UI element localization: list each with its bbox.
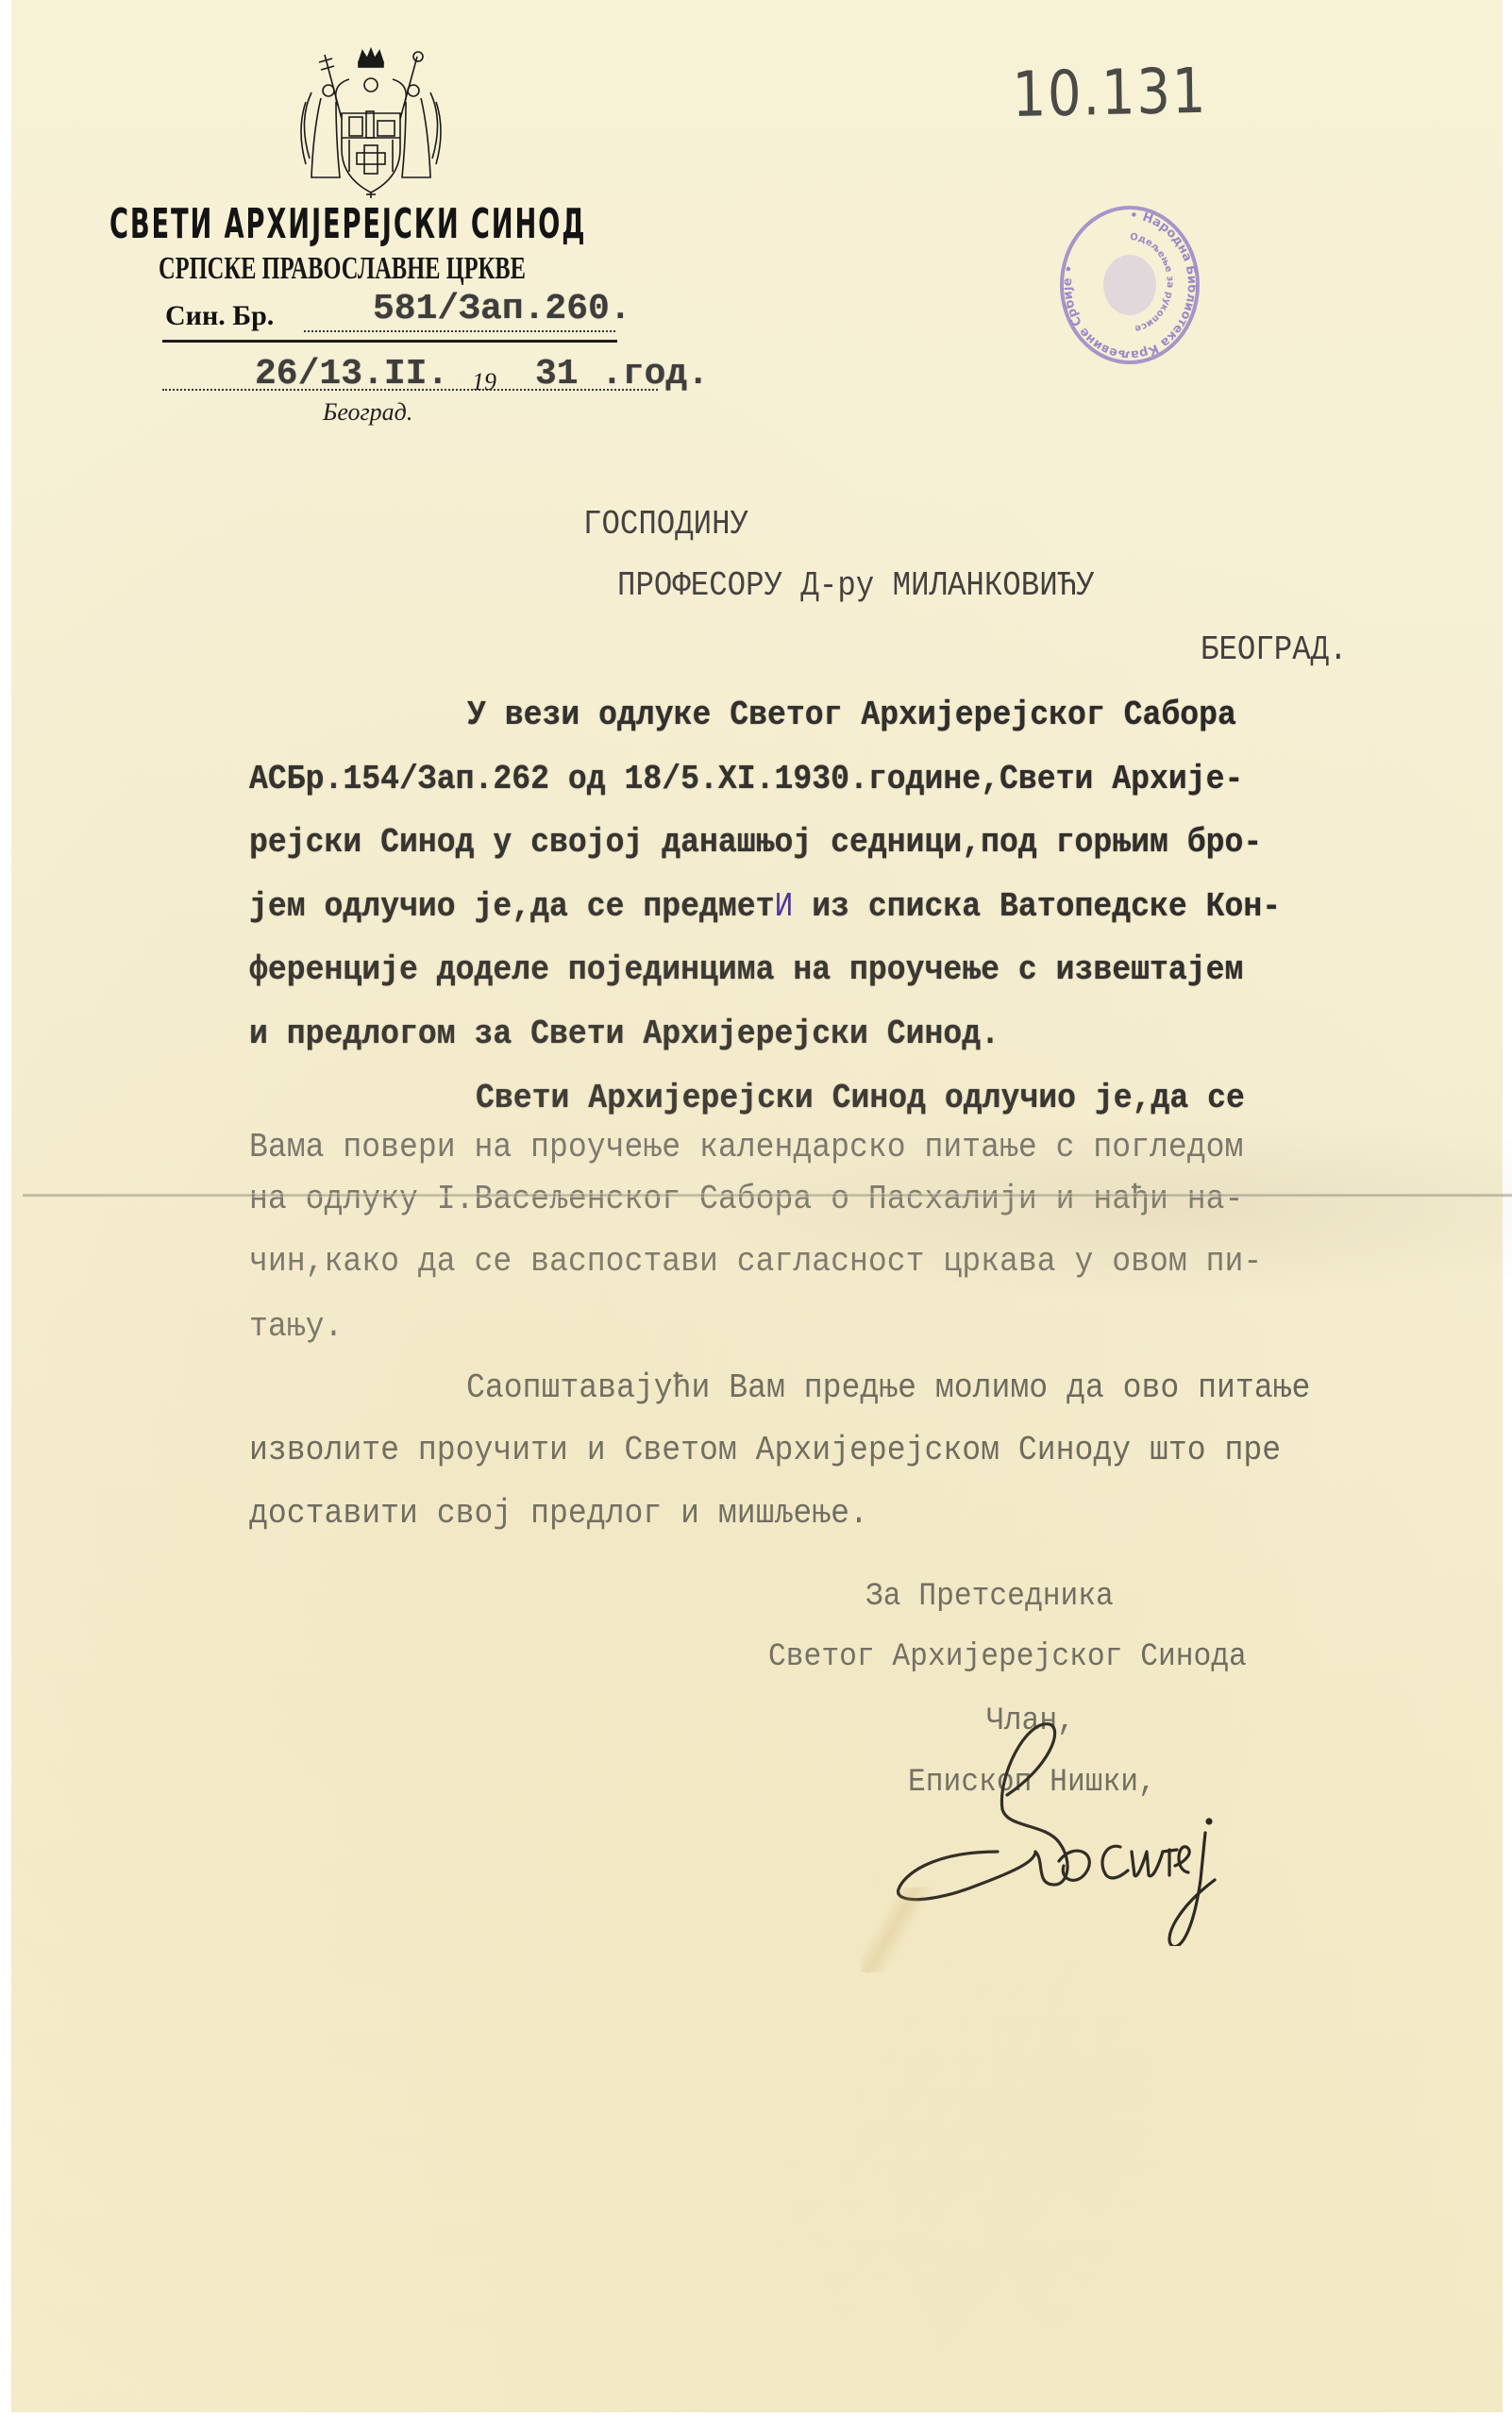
paper-stain xyxy=(861,1887,936,1972)
fold-crease xyxy=(23,1193,1512,1198)
handwritten-correction: И xyxy=(775,887,794,926)
body-p1-line4-rest: из списка Ватопедске Кон- xyxy=(793,887,1281,926)
reference-number-value: 581/Зап.260. xyxy=(373,289,631,329)
addressee-city: БЕОГРАД. xyxy=(1201,630,1348,669)
body-p1-line5: ференције доделе појединцима на проучење… xyxy=(249,950,1243,989)
body-p1-line1: У вези одлуке Светог Архијерејског Сабор… xyxy=(467,696,1236,734)
letterhead-title: СВЕТИ АРХИЈЕРЕЈСКИ СИНОД xyxy=(109,200,636,248)
year-suffix: .год. xyxy=(601,354,709,394)
body-p1-line4: јем одлучио је,да се предметИ из списка … xyxy=(249,887,1281,926)
signature-line-synod: Светог Архијерејског Синода xyxy=(768,1639,1247,1675)
body-p1-line2: АСБр.154/Зап.262 од 18/5.XI.1930.године,… xyxy=(249,760,1243,798)
body-p3-line2: изволите проучити и Светом Архијерејском… xyxy=(249,1431,1281,1469)
archive-number-handwritten: 10.131 xyxy=(1012,55,1208,131)
body-p3-line1: Саопштавајући Вам предње молимо да ово п… xyxy=(466,1368,1310,1407)
fold-shadow xyxy=(672,1114,1512,1302)
year-value: 31 xyxy=(535,354,579,394)
addressee-name: ПРОФЕСОРУ Д-ру МИЛАНКОВИЋУ xyxy=(617,566,1095,605)
letterhead-rule xyxy=(162,340,617,343)
letterhead-subtitle: СРПСКЕ ПРАВОСЛАВНЕ ЦРКВЕ xyxy=(159,251,526,287)
body-p3-line3: доставити свој предлог и мишљење. xyxy=(249,1494,868,1533)
year-prefix: 19 xyxy=(472,368,496,396)
body-p1-line6: и предлогом за Свети Архијерејски Синод. xyxy=(249,1015,1000,1053)
handwritten-signature-icon: Доситеј xyxy=(894,1720,1234,1946)
letter-sheet: СВЕТИ АРХИЈЕРЕЈСКИ СИНОД СРПСКЕ ПРАВОСЛА… xyxy=(11,0,1503,2412)
body-p1-line3: рејски Синод у својој данашњој седници,п… xyxy=(249,823,1262,862)
body-p2-line1: Свети Архијерејски Синод одлучио је,да с… xyxy=(476,1079,1245,1117)
body-p2-line5: тању. xyxy=(249,1307,343,1346)
signature-line-for-president: За Претседника xyxy=(865,1579,1114,1615)
date-value: 26/13.II. xyxy=(255,354,448,394)
reference-number-dotted-line xyxy=(304,330,615,332)
library-stamp-icon: • Народна Библиотека Краљевине Србије • … xyxy=(1057,200,1202,366)
reference-number-label: Син. Бр. xyxy=(165,300,274,332)
coat-of-arms-icon xyxy=(293,45,449,198)
body-p1-line4-text: јем одлучио је,да се предмет xyxy=(249,887,775,926)
addressee-salutation: ГОСПОДИНУ xyxy=(583,505,748,544)
letterhead-city: Београд. xyxy=(323,398,412,427)
